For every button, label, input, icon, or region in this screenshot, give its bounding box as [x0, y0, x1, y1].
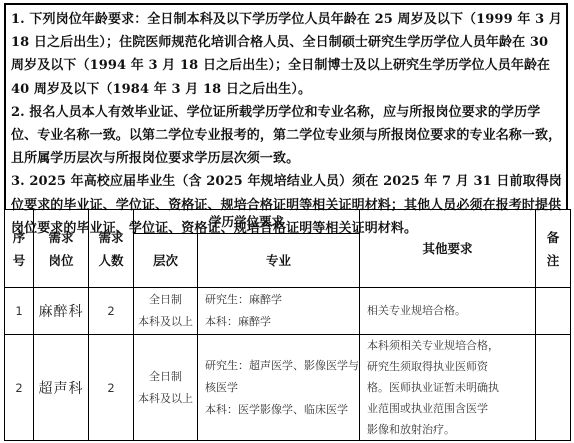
row-count: 2	[89, 288, 134, 335]
positions-table: 序号 需求岗位 需求人数 学历学位要求 其他要求 备注 层次 专业 1 麻醉科 …	[4, 209, 571, 441]
table-row: 1 麻醉科 2 全日制本科及以上 研究生：麻醉学本科：麻醉学 相关专业规培合格。	[5, 288, 571, 335]
header-row-1: 序号 需求岗位 需求人数 学历学位要求 其他要求 备注	[5, 210, 571, 234]
header-education-group: 学历学位要求	[134, 210, 360, 234]
row-count: 2	[89, 335, 134, 441]
row-major: 研究生：麻醉学本科：麻醉学	[198, 288, 360, 335]
row-position: 麻醉科	[34, 288, 89, 335]
row-major: 研究生：超声医学、影像医学与核医学本科：医学影像学、临床医学	[198, 335, 360, 441]
requirements-notes: 1. 下列岗位年龄要求：全日制本科及以下学历学位人员年龄在 25 周岁及以下（1…	[4, 3, 568, 210]
header-other: 其他要求	[360, 210, 536, 288]
note-2: 2. 报名人员本人有效毕业证、学位证所载学历学位和专业名称，应与所报岗位要求的学…	[11, 101, 562, 171]
row-seq: 2	[5, 335, 34, 441]
row-level: 全日制本科及以上	[134, 335, 198, 441]
row-seq: 1	[5, 288, 34, 335]
row-other: 本科须相关专业规培合格，研究生须取得执业医师资 格。医师执业证暂未明确执业范围或…	[360, 335, 536, 441]
header-count: 需求人数	[89, 210, 134, 288]
row-level: 全日制本科及以上	[134, 288, 198, 335]
header-position: 需求岗位	[34, 210, 89, 288]
row-remark	[536, 335, 571, 441]
row-other: 相关专业规培合格。	[360, 288, 536, 335]
header-level: 层次	[134, 234, 198, 288]
table-row: 2 超声科 2 全日制本科及以上 研究生：超声医学、影像医学与核医学本科：医学影…	[5, 335, 571, 441]
note-1: 1. 下列岗位年龄要求：全日制本科及以下学历学位人员年龄在 25 周岁及以下（1…	[11, 8, 562, 101]
row-remark	[536, 288, 571, 335]
header-remark: 备注	[536, 210, 571, 288]
header-seq: 序号	[5, 210, 34, 288]
header-major: 专业	[198, 234, 360, 288]
row-position: 超声科	[34, 335, 89, 441]
